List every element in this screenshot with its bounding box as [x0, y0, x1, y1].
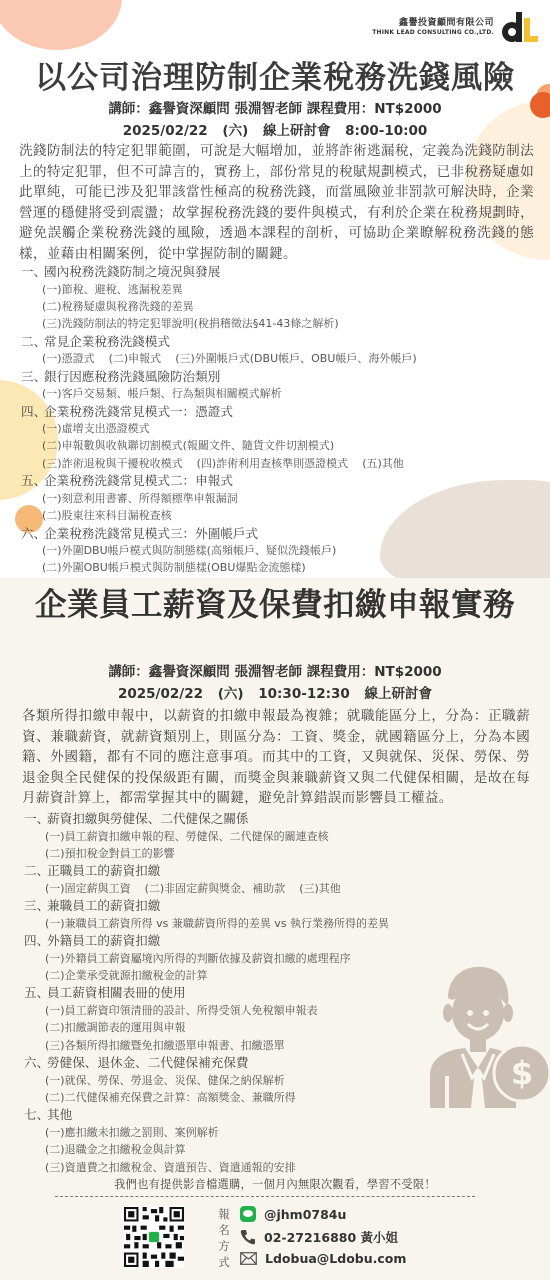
outline-subitem: (三)外圍帳戶式(DBU帳戶、OBU帳戶、海外帳戶) — [175, 352, 417, 365]
outline-title: 正職員工的薪資扣繳 — [47, 863, 160, 878]
outline-title: 企業稅務洗錢常見模式一：憑證式 — [44, 404, 233, 419]
outline-heading: 二、常見企業稅務洗錢模式 — [21, 333, 521, 351]
outline-subitem: (二)企業承受就源扣繳稅金的計算 — [45, 969, 208, 982]
outline-subitem: (二)二代健保補充保費之計算：高額獎金、兼職所得 — [45, 1091, 296, 1104]
outline-subitem: (一)員工薪資印領清冊的設計、所得受領人免稅額申報表 — [45, 1004, 318, 1017]
course1-format: 線上研討會 — [263, 123, 331, 139]
outline-subitem-row: (一)節稅、避稅、逃漏稅差異 — [21, 281, 521, 298]
outline-subitem: (三)其他 — [299, 882, 341, 895]
dl-logo-icon — [502, 8, 540, 42]
outline-subitem: (三)洗錢防制法的特定犯罪說明(稅捐稽徵法§41-43條之解析) — [42, 317, 339, 330]
outline-title: 其他 — [47, 1107, 72, 1122]
outline-subitem-row: (三)詐術退稅與干擾稅收模式(四)詐術利用查核準則憑證模式(五)其他 — [21, 455, 521, 472]
outline-subitem: (三)詐術退稅與干擾稅收模式 — [42, 457, 183, 470]
outline-heading: 四、企業稅務洗錢常見模式一：憑證式 — [21, 403, 521, 421]
outline-title: 外籍員工的薪資扣繳 — [47, 933, 160, 948]
outline-subitem: (一)節稅、避稅、逃漏稅差異 — [42, 283, 183, 296]
outline-subitem: (一)就保、勞保、勞退金、災保、健保之納保解析 — [45, 1074, 285, 1087]
outline-subitem-row: (二)稅務疑慮與稅務洗錢的差異 — [21, 298, 521, 315]
course2-format: 線上研討會 — [365, 686, 433, 702]
outline-subitem-row: (二)外圍OBU帳戶模式與防制態樣(OBU爆點金流態樣) — [21, 559, 521, 576]
outline-number: 二、 — [21, 333, 44, 351]
course1-date: 2025/02/22 — [123, 123, 208, 139]
course2-instructor: 講師：鑫譽資深顧問 張淵智老師 課程費用：NT$2000 — [0, 660, 550, 680]
outline-title: 勞健保、退休金、二代健保補充保費 — [47, 1055, 249, 1070]
company-name-en: THINK LEAD CONSULTING CO.,LTD. — [372, 29, 494, 36]
outline-number: 七、 — [24, 1106, 47, 1124]
outline-subitem: (一)應扣繳未扣繳之罰則、案例解析 — [45, 1126, 219, 1139]
outline-number: 六、 — [21, 525, 44, 543]
outline-subitem: (三)資遣費之扣繳稅金、資遣預告、資遣通報的安排 — [45, 1161, 296, 1174]
outline-subitem: (二)退職金之扣繳稅金與計算 — [45, 1143, 186, 1156]
outline-number: 一、 — [24, 810, 47, 828]
outline-subitem-row: (二)股東往來科目漏稅查核 — [21, 507, 521, 524]
outline-title: 員工薪資相關表冊的使用 — [47, 985, 186, 1000]
decorative-circle — [0, 0, 122, 50]
outline-subitem: (一)刻意利用書審、所得額標準申報漏洞 — [42, 492, 238, 505]
outline-heading: 一、國內稅務洗錢防制之境況與發展 — [21, 263, 521, 281]
course2-title: 企業員工薪資及保費扣繳申報實務 — [0, 580, 550, 625]
outline-subitem: (一)憑證式 — [42, 352, 95, 365]
outline-title: 國內稅務洗錢防制之境況與發展 — [44, 264, 220, 279]
course1-section: 鑫譽投資顧問有限公司 THINK LEAD CONSULTING CO.,LTD… — [0, 0, 550, 578]
outline-number: 二、 — [24, 862, 47, 880]
contact-line[interactable]: @jhm0784u — [240, 1206, 346, 1222]
outline-heading: 三、銀行因應稅務洗錢風險防治類別 — [21, 368, 521, 386]
outline-subitem: (一)兼職員工薪資所得 vs 兼職薪資所得的差異 vs 執行業務所得的差異 — [45, 917, 389, 930]
outline-number: 四、 — [21, 403, 44, 421]
outline-heading: 二、正職員工的薪資扣繳 — [24, 862, 524, 880]
outline-subitem-row: (一)客戶交易類、帳戶類、行為類與相關模式解析 — [21, 385, 521, 402]
qr-code[interactable] — [124, 1206, 184, 1268]
outline-subitem: (二)股東往來科目漏稅查核 — [42, 509, 172, 522]
contact-email[interactable]: Ldobua@Ldobu.com — [240, 1251, 406, 1266]
outline-subitem-row: (一)兼職員工薪資所得 vs 兼職薪資所得的差異 vs 執行業務所得的差異 — [24, 915, 524, 932]
outline-heading: 五、企業稅務洗錢常見模式二：申報式 — [21, 472, 521, 490]
outline-number: 一、 — [21, 263, 44, 281]
outline-number: 六、 — [24, 1054, 47, 1072]
outline-subitem: (一)固定薪與工資 — [45, 882, 131, 895]
svg-text:$: $ — [511, 1054, 533, 1092]
outline-subitem: (二)申報式 — [109, 352, 162, 365]
contact-phone[interactable]: 02-27216880 黃小姐 — [240, 1228, 398, 1246]
outline-heading: 一、薪資扣繳與勞健保、二代健保之關係 — [24, 810, 524, 828]
outline-subitem: (二)預扣稅金對員工的影響 — [45, 847, 175, 860]
course1-title: 以公司治理防制企業稅務洗錢風險 — [0, 52, 550, 97]
outline-subitem: (一)外圍DBU帳戶模式與防制態樣(高頻帳戶、疑似洗錢帳戶) — [42, 544, 336, 557]
outline-subitem: (一)員工薪資扣繳申報的程、勞健保、二代健保的關連查核 — [45, 830, 329, 843]
course1-weekday: (六) — [222, 123, 248, 139]
outline-title: 企業稅務洗錢常見模式三：外圍帳戶式 — [44, 526, 258, 541]
outline-heading: 三、兼職員工的薪資扣繳 — [24, 897, 524, 915]
course1-schedule: 2025/02/22 (六) 線上研討會 8:00-10:00 — [0, 119, 550, 139]
company-name-cn: 鑫譽投資顧問有限公司 — [372, 15, 494, 28]
course2-time: 10:30-12:30 — [258, 686, 350, 702]
outline-subitem-row: (三)資遣費之扣繳稅金、資遣預告、資遣通報的安排 — [24, 1159, 524, 1176]
course2-weekday: (六) — [218, 686, 244, 702]
outline-subitem-row: (一)外圍DBU帳戶模式與防制態樣(高頻帳戶、疑似洗錢帳戶) — [21, 542, 521, 559]
outline-subitem-row: (一)應扣繳未扣繳之罰則、案例解析 — [24, 1124, 524, 1141]
divider — [55, 1196, 475, 1197]
outline-heading: 四、外籍員工的薪資扣繳 — [24, 932, 524, 950]
company-logo: 鑫譽投資顧問有限公司 THINK LEAD CONSULTING CO.,LTD… — [372, 8, 540, 42]
outline-subitem: (二)扣繳調節表的運用與申報 — [45, 1021, 186, 1034]
outline-title: 銀行因應稅務洗錢風險防治類別 — [44, 369, 220, 384]
outline-number: 四、 — [24, 932, 47, 950]
outline-subitem: (二)外圍OBU帳戶模式與防制態樣(OBU爆點金流態樣) — [42, 561, 306, 574]
course2-date: 2025/02/22 — [118, 686, 203, 702]
outline-subitem-row: (三)洗錢防制法的特定犯罪說明(稅捐稽徵法§41-43條之解析) — [21, 315, 521, 332]
outline-subitem: (四)詐術利用查核準則憑證模式 — [197, 457, 349, 470]
course2-description: 各類所得扣繳申報中，以薪資的扣繳申報最為複雜；就職能區分上，分為：正職薪資、兼職… — [22, 706, 530, 809]
line-app-icon — [240, 1206, 256, 1222]
outline-title: 薪資扣繳與勞健保、二代健保之關係 — [47, 811, 249, 826]
outline-subitem: (五)其他 — [362, 457, 404, 470]
outline-subitem: (一)外籍員工薪資屬境內所得的判斷依據及薪資扣繳的處理程序 — [45, 952, 351, 965]
outline-number: 三、 — [24, 897, 47, 915]
outline-subitem: (二)稅務疑慮與稅務洗錢的差異 — [42, 300, 194, 313]
outline-subitem-row: (一)固定薪與工資(二)非固定薪與獎金、補助款(三)其他 — [24, 880, 524, 897]
course1-outline: 一、國內稅務洗錢防制之境況與發展(一)節稅、避稅、逃漏稅差異(二)稅務疑慮與稅務… — [21, 263, 521, 578]
registration-label: 報 名 方 式 — [215, 1206, 233, 1270]
outline-subitem-row: (二)申報數與收執聯切割模式(報關文件、隨貨文件切割模式) — [21, 437, 521, 454]
outline-subitem: (二)非固定薪與獎金、補助款 — [145, 882, 286, 895]
outline-subitem: (一)虛增支出憑證模式 — [42, 422, 150, 435]
course2-schedule: 2025/02/22 (六) 10:30-12:30 線上研討會 — [0, 682, 550, 702]
outline-subitem-row: (二)退職金之扣繳稅金與計算 — [24, 1141, 524, 1158]
outline-subitem-row: (一)刻意利用書審、所得額標準申報漏洞 — [21, 490, 521, 507]
outline-number: 五、 — [24, 984, 47, 1002]
phone-icon — [240, 1229, 256, 1245]
flyer-page: 鑫譽投資顧問有限公司 THINK LEAD CONSULTING CO.,LTD… — [0, 0, 550, 1280]
outline-number: 三、 — [21, 368, 44, 386]
outline-heading: 六、企業稅務洗錢常見模式三：外圍帳戶式 — [21, 525, 521, 543]
course1-time: 8:00-10:00 — [345, 123, 427, 139]
employee-salary-icon: $ — [410, 958, 550, 1108]
outline-number: 五、 — [21, 472, 44, 490]
phone-number[interactable]: 02-27216880 黃小姐 — [264, 1228, 398, 1246]
line-id[interactable]: @jhm0784u — [264, 1207, 346, 1222]
outline-subitem-row: (一)員工薪資扣繳申報的程、勞健保、二代健保的關連查核 — [24, 828, 524, 845]
outline-title: 兼職員工的薪資扣繳 — [47, 898, 160, 913]
outline-subitem-row: (一)憑證式(二)申報式(三)外圍帳戶式(DBU帳戶、OBU帳戶、海外帳戶) — [21, 350, 521, 367]
mail-icon — [240, 1252, 257, 1265]
outline-subitem: (二)申報數與收執聯切割模式(報關文件、隨貨文件切割模式) — [42, 439, 334, 452]
outline-subitem: (一)客戶交易類、帳戶類、行為類與相關模式解析 — [42, 387, 282, 400]
outline-title: 常見企業稅務洗錢模式 — [44, 334, 170, 349]
email-address[interactable]: Ldobua@Ldobu.com — [265, 1251, 406, 1266]
outline-subitem-row: (二)預扣稅金對員工的影響 — [24, 845, 524, 862]
video-purchase-tagline: 我們也有提供影音檔選購，一個月內無限次觀看，學習不受限！ — [0, 1176, 550, 1192]
outline-heading: 七、其他 — [24, 1106, 524, 1124]
outline-subitem: (三)各類所得扣繳暨免扣繳憑單申報書、扣繳憑單 — [45, 1039, 285, 1052]
outline-title: 企業稅務洗錢常見模式二：申報式 — [44, 473, 233, 488]
course1-instructor: 講師：鑫譽資深顧問 張淵智老師 課程費用：NT$2000 — [0, 97, 550, 117]
outline-subitem-row: (一)虛增支出憑證模式 — [21, 420, 521, 437]
course1-description: 洗錢防制法的特定犯罪範圍，可說是大幅增加，並將詐術逃漏稅，定義為洗錢防制法上的特… — [19, 141, 534, 265]
